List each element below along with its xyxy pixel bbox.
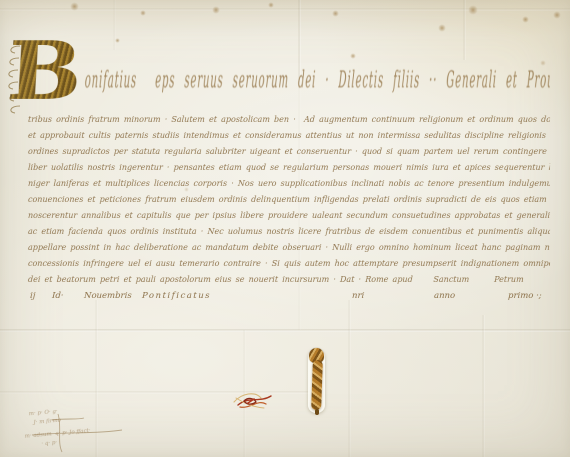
manuscript-photo: B onifatius eps seruus seruorum dei · Di…: [0, 0, 570, 457]
photo-vignette: [0, 0, 570, 457]
